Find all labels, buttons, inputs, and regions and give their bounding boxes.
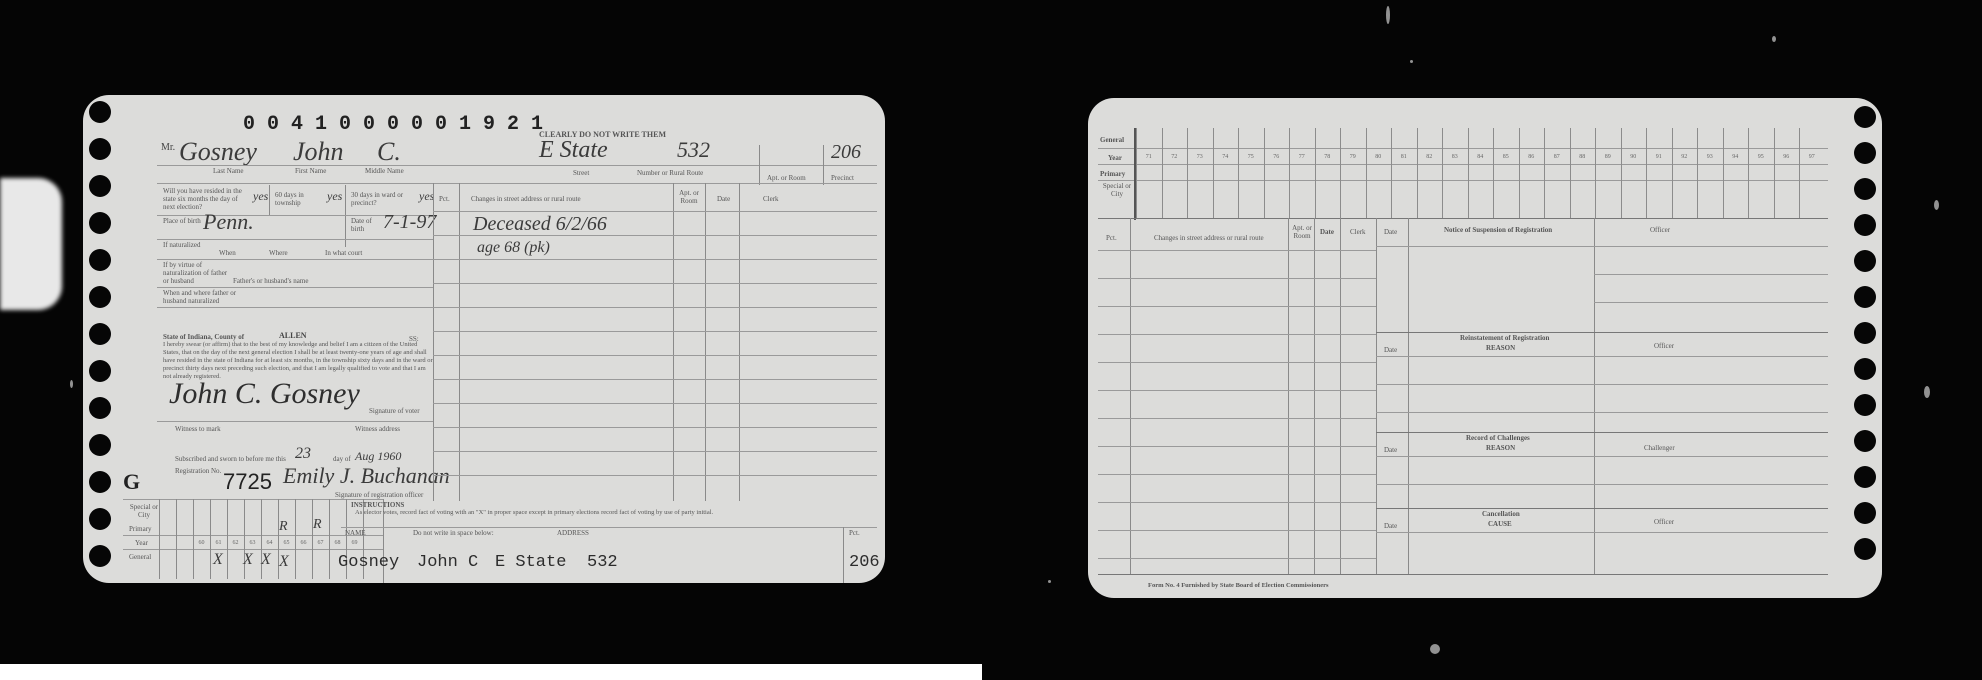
reinstatement-title: Reinstatement of Registration [1460,334,1549,342]
label-day-of: day of [333,455,351,463]
label-naturalized: If naturalized [163,241,203,249]
punch-hole [89,397,111,419]
punch-hole [1854,178,1876,200]
label-date: Date [1320,228,1334,236]
punch-hole [1854,214,1876,236]
year-column [1238,128,1239,218]
year-label: 76 [1264,154,1290,160]
year-label: 97 [1799,154,1825,160]
year-label: 96 [1774,154,1800,160]
year-label: 90 [1621,154,1647,160]
label-q-resided: Will you have resided in the state six m… [163,187,243,211]
punch-hole [89,212,111,234]
year-label: 71 [1136,154,1162,160]
year-column [1697,128,1698,218]
year-cell: 63 [244,540,261,546]
year-label: 75 [1238,154,1264,160]
punch-hole [1854,538,1876,560]
film-speck [1924,386,1930,398]
label-clerk: Clerk [763,195,779,203]
punch-hole [89,101,111,123]
year-column [1723,128,1724,218]
typed-precinct: 206 [849,553,880,572]
precinct: 206 [831,141,861,164]
answer-township: yes [327,189,342,204]
label-primary: Primary [1100,170,1125,178]
year-label: 80 [1366,154,1392,160]
year-cell: 64 [261,540,278,546]
last-name: Gosney [179,137,257,167]
film-speck [1386,6,1390,24]
year-cell: 67 [312,540,329,546]
label-date-of-birth: Date of birth [351,217,381,233]
year-column [1366,128,1367,218]
label-sig-officer: Signature of registration officer [335,491,423,499]
primary-mark: R [279,519,288,535]
primary-mark: R [313,517,322,533]
punch-hole [1854,286,1876,308]
punch-hole [1854,250,1876,272]
general-mark: X [213,551,223,569]
year-label: 84 [1468,154,1494,160]
label-reinstatement-officer: Officer [1654,342,1674,350]
registration-number: 7725 [223,469,272,495]
year-column [1519,128,1520,218]
year-cell: 61 [210,540,227,546]
typed-first-name: John C [417,553,478,572]
film-speck [1410,60,1413,63]
challenges-title: Record of Challenges [1466,434,1530,442]
prefix: Mr. [161,143,175,152]
label-year: Year [135,539,148,547]
change-entry: age 68 (pk) [477,239,550,257]
punch-hole [89,249,111,271]
year-column [1417,128,1418,218]
label-suspension-date: Date [1384,228,1397,236]
punch-hole [89,175,111,197]
year-label: 87 [1544,154,1570,160]
label-name: NAME [345,529,366,537]
label-pct-footer: Pct. [849,529,860,537]
year-column [1672,128,1673,218]
answer-resided: yes [253,189,268,204]
rule [157,165,877,166]
instructions-title: INSTRUCTIONS [351,501,404,509]
label-general: General [129,553,151,561]
label-place-of-birth: Place of birth [163,217,203,225]
first-name: John [293,137,344,167]
voter-signature: John C. Gosney [169,377,360,411]
year-label: 92 [1672,154,1698,160]
year-label: 89 [1595,154,1621,160]
year-column [1391,128,1392,218]
label-year: Year [1108,154,1122,162]
house-number: 532 [677,137,710,163]
year-column [1187,128,1188,218]
punch-hole [1854,466,1876,488]
year-label: 77 [1289,154,1315,160]
punch-hole [89,323,111,345]
year-column [1544,128,1545,218]
general-mark: X [261,551,271,569]
label-middle-name: Middle Name [365,167,404,175]
label-special: Special or City [1100,182,1134,198]
year-column [1340,128,1341,218]
light-glare [0,178,62,310]
film-speck [70,380,73,388]
year-cell: 66 [295,540,312,546]
year-column [1136,128,1137,218]
punch-hole [89,471,111,493]
typed-street: E State [495,553,566,572]
label-where: Where [269,249,288,257]
label-signature-voter: Signature of voter [369,407,420,415]
label-registration-no: Registration No. [175,467,221,475]
year-column [1646,128,1647,218]
serial-number: 0041000001921 [243,113,555,136]
oath-state-county: State of Indiana, County of [163,333,244,341]
label-apt: Apt. or Room [767,174,806,182]
label-court: In what court [325,249,362,257]
year-column [1493,128,1494,218]
year-column [1799,128,1800,218]
cancellation-title: Cancellation [1482,510,1520,518]
label-apt-room: Apt. or Room [675,189,703,205]
cancellation-cause: CAUSE [1488,520,1512,528]
label-parents: If by virtue of naturalization of father… [163,261,229,285]
punch-hole [1854,322,1876,344]
label-witness-mark: Witness to mark [175,425,221,433]
label-cancellation-date: Date [1384,522,1397,530]
year-label: 83 [1442,154,1468,160]
year-column [1595,128,1596,218]
year-label: 73 [1187,154,1213,160]
year-cell: 62 [227,540,244,546]
year-label: 82 [1417,154,1443,160]
year-column [1774,128,1775,218]
film-speck [1048,580,1051,583]
year-label: 81 [1391,154,1417,160]
label-general: General [1100,136,1124,144]
year-column [1315,128,1316,218]
label-challenger: Challenger [1644,444,1675,452]
year-label: 94 [1723,154,1749,160]
label-challenges-date: Date [1384,446,1397,454]
general-mark: X [243,551,253,569]
label-reinstatement-date: Date [1384,346,1397,354]
year-cell: 68 [329,540,346,546]
label-first-name: First Name [295,167,326,175]
year-column [1213,128,1214,218]
year-column [1570,128,1571,218]
label-when: When [219,249,236,257]
sworn-day: 23 [295,445,311,463]
change-entry: Deceased 6/2/66 [473,213,607,236]
film-speck [1934,200,1939,210]
film-speck [1430,644,1440,654]
street: E State [539,137,608,164]
label-changes: Changes in street address or rural route [471,195,581,203]
year-label: 72 [1162,154,1188,160]
typed-last-name: Gosney [338,553,399,572]
year-cell: 69 [346,540,363,546]
label-special: Special or City [127,503,161,519]
form-footer: Form No. 4 Furnished by State Board of E… [1148,582,1329,590]
sworn-month-year: Aug 1960 [355,449,401,464]
label-address: ADDRESS [557,529,589,537]
label-precinct: Precinct [831,174,854,182]
punch-hole [1854,358,1876,380]
year-column [1264,128,1265,218]
punch-hole [1854,142,1876,164]
year-column [1442,128,1443,218]
punch-hole [1854,106,1876,128]
year-column [1162,128,1163,218]
suspension-title: Notice of Suspension of Registration [1444,226,1552,234]
year-column [1621,128,1622,218]
year-label: 78 [1315,154,1341,160]
punch-hole [89,360,111,382]
label-date: Date [717,195,730,203]
place-of-birth: Penn. [203,209,254,235]
label-clerk: Clerk [1350,228,1366,236]
year-label: 86 [1519,154,1545,160]
label-changes: Changes in street address or rural route [1154,234,1264,242]
punch-hole [1854,502,1876,524]
punch-hole [89,508,111,530]
label-do-not-write: Do not write in space below: [413,529,494,537]
year-label: 74 [1213,154,1239,160]
year-cell: 60 [193,540,210,546]
year-cell: 65 [278,540,295,546]
label-subscribed: Subscribed and sworn to before me this [175,455,286,463]
date-of-birth: 7-1-97 [383,211,436,234]
registration-prefix: G [123,469,140,495]
punch-hole [89,434,111,456]
punch-hole [1854,430,1876,452]
year-column [1289,128,1290,218]
year-label: 93 [1697,154,1723,160]
oath-text: I hereby swear (or affirm) that to the b… [163,341,433,381]
label-pct: Pct. [1106,234,1117,242]
instructions-text: As elector votes, record fact of voting … [355,509,755,517]
label-q-township: 60 days in township [275,191,325,207]
label-primary: Primary [129,525,152,533]
registration-card-front: 0041000001921 CLEARLY DO NOT WRITE THEM … [83,95,885,583]
general-mark: X [279,553,289,571]
year-label: 85 [1493,154,1519,160]
label-when-where: When and where father or husband natural… [163,289,243,305]
punch-hole [1854,394,1876,416]
punch-hole [89,138,111,160]
label-father-name: Father's or husband's name [233,277,308,285]
bottom-white-bar [0,664,982,680]
year-label: 95 [1748,154,1774,160]
film-speck [1772,36,1776,42]
label-street: Street [573,169,589,177]
middle-name: C. [377,137,401,167]
punch-hole [89,286,111,308]
label-witness-address: Witness address [355,425,400,433]
typed-number: 532 [587,553,618,572]
year-label: 91 [1646,154,1672,160]
label-pct: Pct. [439,195,450,203]
registration-card-back: General Year Primary Special or City 717… [1088,98,1882,598]
label-last-name: Last Name [213,167,244,175]
label-number: Number or Rural Route [637,169,703,177]
reinstatement-reason: REASON [1486,344,1515,352]
punch-hole [89,545,111,567]
label-q-precinct: 30 days in ward or precinct? [351,191,415,207]
year-label: 79 [1340,154,1366,160]
challenges-reason: REASON [1486,444,1515,452]
year-column [1468,128,1469,218]
year-label: 88 [1570,154,1596,160]
year-column [1748,128,1749,218]
label-suspension-officer: Officer [1650,226,1670,234]
label-apt: Apt. or Room [1292,224,1312,240]
officer-signature: Emily J. Buchanan [283,463,450,489]
oath-county: ALLEN [279,331,307,340]
label-cancellation-officer: Officer [1654,518,1674,526]
